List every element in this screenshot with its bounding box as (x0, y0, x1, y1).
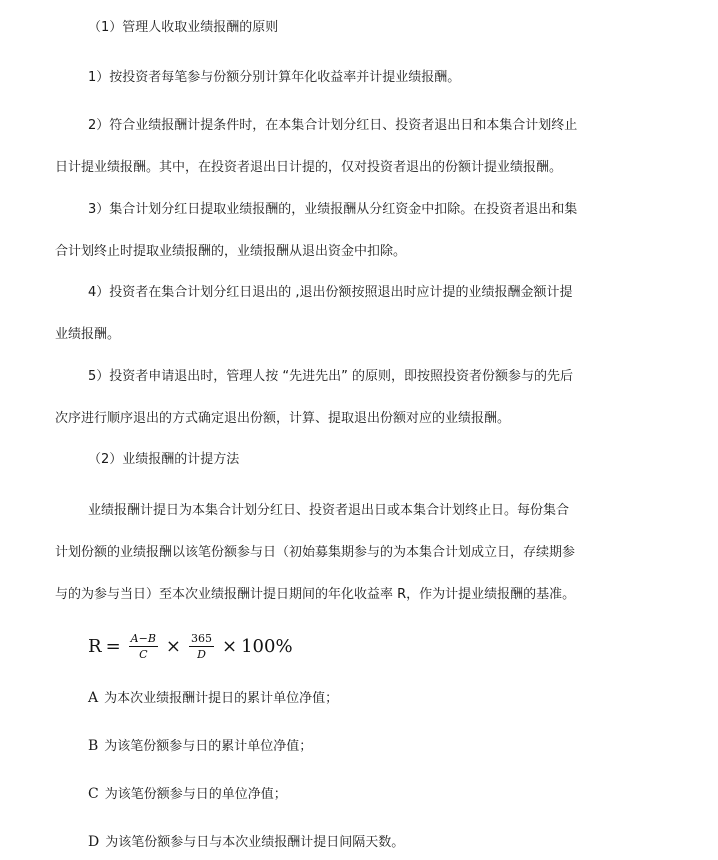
formula-times-2: × (222, 636, 237, 657)
variable-description: 为本次业绩报酬计提日的累计单位净值； (104, 691, 338, 706)
method-paragraph-line-1: 业绩报酬计提日为本集合计划分红日、投资者退出日或本集合计划终止日。每份集合 (88, 502, 569, 520)
section2-heading: （2）业绩报酬的计提方法 (88, 451, 239, 469)
fraction-2-denominator: D (197, 647, 206, 661)
principle-item-1-line-1: 1）按投资者每笔参与份额分别计算年化收益率并计提业绩报酬。 (88, 69, 460, 87)
principle-item-4-line-2: 业绩报酬。 (55, 326, 120, 344)
return-rate-formula: R = A−B C × 365 D × 100% (88, 626, 293, 666)
variable-description: 为该笔份额参与日的累计单位净值； (104, 739, 312, 754)
formula-lhs: R (88, 636, 102, 657)
method-paragraph-line-3: 与的为参与当日）至本次业绩报酬计提日期间的年化收益率 R，作为计提业绩报酬的基准… (55, 586, 575, 604)
principle-item-5-line-1: 5）投资者申请退出时，管理人按 “先进先出” 的原则，即按照投资者份额参与的先后 (88, 368, 573, 386)
formula-fraction-2: 365 D (189, 632, 214, 661)
formula-times-1: × (166, 636, 181, 657)
method-paragraph-line-2: 计划份额的业绩报酬以该笔份额参与日（初始募集期参与的为本集合计划成立日，存续期参 (55, 544, 575, 562)
formula-tail: 100% (241, 636, 292, 657)
variable-definition-c: C为该笔份额参与日的单位净值； (88, 785, 287, 804)
fraction-1-denominator: C (139, 647, 147, 661)
principle-item-2-line-2: 日计提业绩报酬。其中，在投资者退出日计提的，仅对投资者退出的份额计提业绩报酬。 (55, 159, 562, 177)
variable-letter: D (88, 834, 99, 850)
fraction-1-numerator: A−B (129, 632, 158, 647)
variable-description: 为该笔份额参与日与本次业绩报酬计提日间隔天数。 (105, 835, 404, 850)
principle-item-5-line-2: 次序进行顺序退出的方式确定退出份额，计算、提取退出份额对应的业绩报酬。 (55, 410, 510, 428)
principle-item-3-line-1: 3）集合计划分红日提取业绩报酬的，业绩报酬从分红资金中扣除。在投资者退出和集 (88, 201, 577, 219)
variable-letter: C (88, 786, 99, 802)
section1-heading: （1）管理人收取业绩报酬的原则 (88, 19, 278, 37)
variable-definition-d: D为该笔份额参与日与本次业绩报酬计提日间隔天数。 (88, 833, 404, 852)
formula-fraction-1: A−B C (129, 632, 158, 661)
principle-item-4-line-1: 4）投资者在集合计划分红日退出的 ,退出份额按照退出时应计提的业绩报酬金额计提 (88, 284, 573, 302)
variable-description: 为该笔份额参与日的单位净值； (105, 787, 287, 802)
variable-definition-b: B为该笔份额参与日的累计单位净值； (88, 737, 312, 756)
fraction-2-numerator: 365 (189, 632, 214, 647)
formula-equals: = (106, 636, 121, 657)
principle-item-2-line-1: 2）符合业绩报酬计提条件时，在本集合计划分红日、投资者退出日和本集合计划终止 (88, 117, 577, 135)
variable-letter: A (88, 690, 98, 706)
variable-letter: B (88, 738, 98, 754)
variable-definition-a: A为本次业绩报酬计提日的累计单位净值； (88, 689, 338, 708)
principle-item-3-line-2: 合计划终止时提取业绩报酬的，业绩报酬从退出资金中扣除。 (55, 243, 406, 261)
